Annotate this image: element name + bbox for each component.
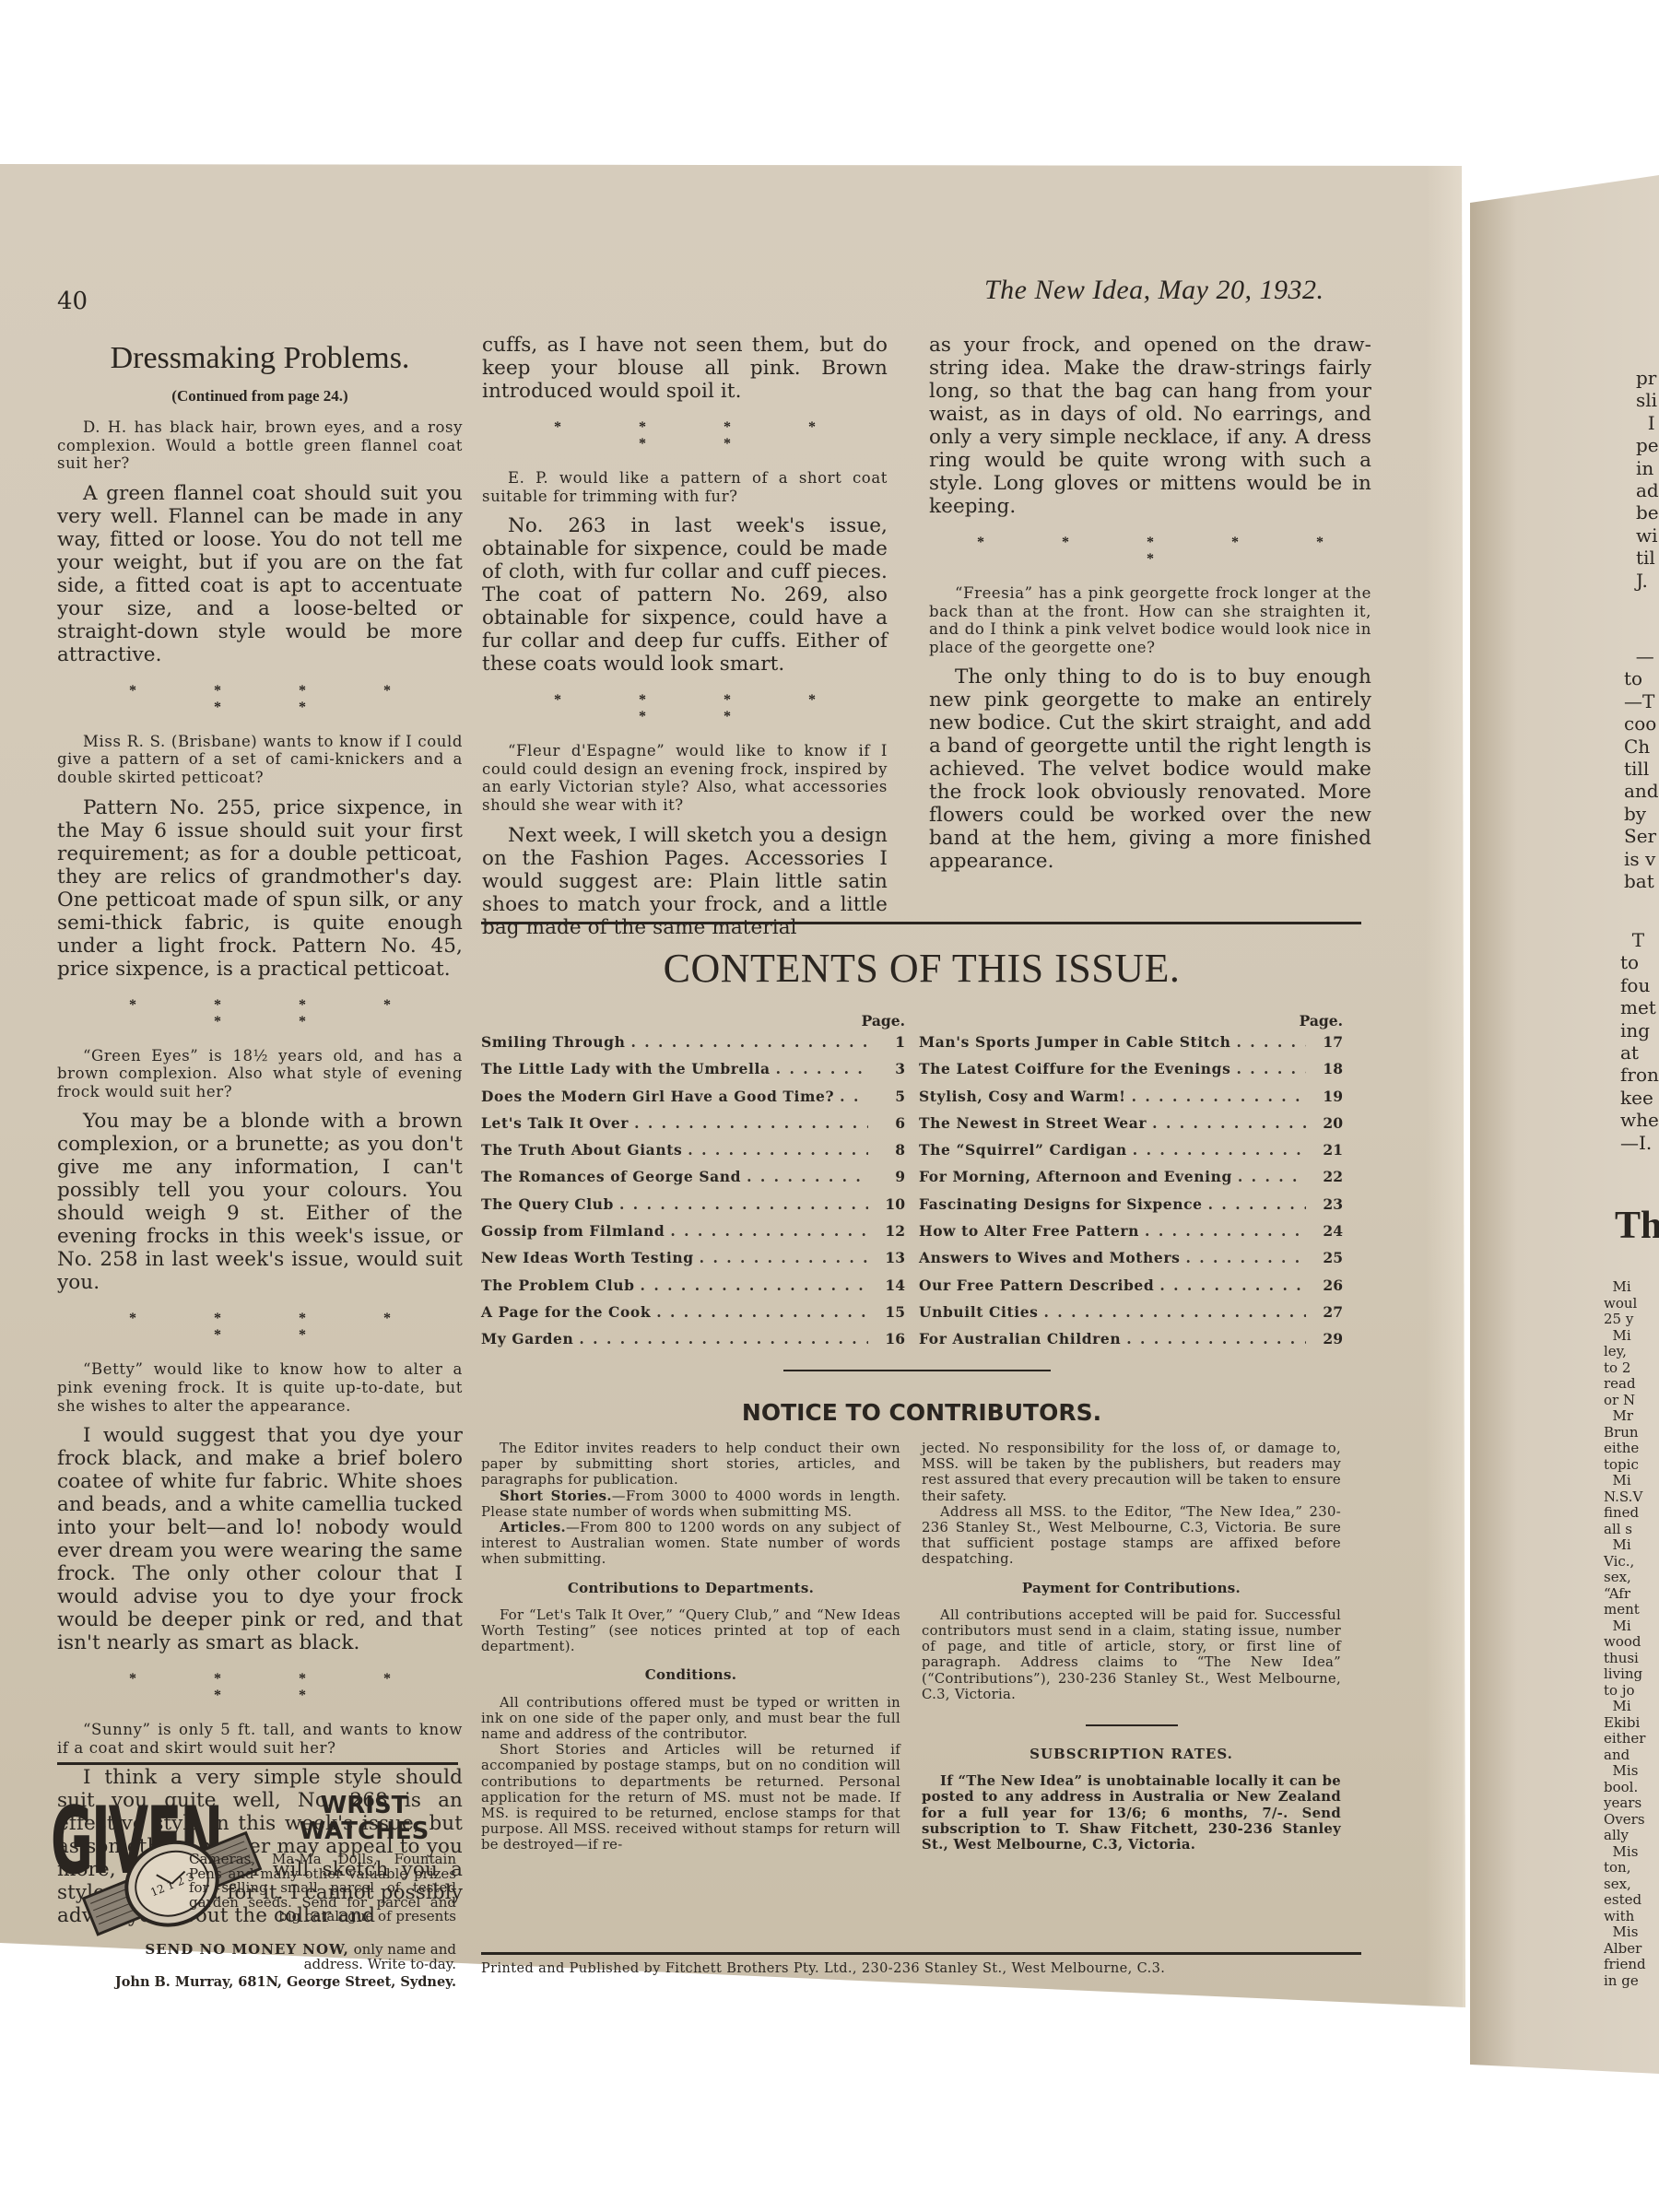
section-separator: * * * * * *: [57, 997, 463, 1030]
contents-entry-title: The “Squirrel” Cardigan: [919, 1141, 1127, 1159]
answer-paragraph: A green flannel coat should suit you ver…: [57, 482, 463, 666]
contents-entry: For Morning, Afternoon and Evening22: [919, 1168, 1343, 1194]
reader-question: Miss R. S. (Brisbane) wants to know if I…: [57, 733, 463, 787]
contents-entry: A Page for the Cook15: [481, 1303, 905, 1330]
reader-question: E. P. would like a pattern of a short co…: [482, 469, 888, 505]
contents-entry-title: Answers to Wives and Mothers: [919, 1249, 1180, 1266]
ad-title: WRIST WATCHES: [272, 1793, 456, 1844]
notice-intro: The Editor invites readers to help condu…: [481, 1441, 900, 1488]
leader-dots: [1236, 1033, 1306, 1051]
contents-entry-title: For Morning, Afternoon and Evening: [919, 1168, 1232, 1185]
right-page-fragment-mid: — to —T coo Ch till and by Ser is v bat: [1624, 645, 1659, 892]
leader-dots: [641, 1277, 868, 1294]
contents-entry-page: 13: [874, 1249, 905, 1266]
contents-entry-page: 1: [874, 1033, 905, 1051]
leader-dots: [670, 1222, 868, 1240]
contents-entry-page: 12: [874, 1222, 905, 1240]
reader-question: “Betty” would like to know how to alter …: [57, 1360, 463, 1415]
contents-entry: For Australian Children29: [919, 1330, 1343, 1357]
article-column-1: Dressmaking Problems. (Continued from pa…: [57, 341, 463, 1944]
departments-heading: Contributions to Departments.: [481, 1581, 900, 1596]
leader-dots: [1152, 1114, 1306, 1132]
contents-entry-page: 3: [874, 1060, 905, 1077]
ad-address: John B. Murray, 681N, George Street, Syd…: [51, 1974, 456, 1990]
answer-paragraph: I would suggest that you dye your frock …: [57, 1424, 463, 1654]
payment-heading: Payment for Contributions.: [922, 1581, 1341, 1596]
contents-entry-title: The Truth About Giants: [481, 1141, 682, 1159]
leader-dots: [1159, 1277, 1306, 1294]
contents-entry-page: 29: [1312, 1330, 1343, 1347]
contents-entry: The Problem Club14: [481, 1277, 905, 1303]
imprint: Printed and Published by Fitchett Brothe…: [481, 1961, 1366, 1976]
contents-entry: Does the Modern Girl Have a Good Time?5: [481, 1088, 905, 1114]
contents-entry-title: Unbuilt Cities: [919, 1303, 1039, 1321]
contents-entry: The Romances of George Sand9: [481, 1168, 905, 1194]
contents-entry-page: 25: [1312, 1249, 1343, 1266]
section-separator: * * * * * *: [929, 535, 1371, 568]
contents-entry-title: Fascinating Designs for Sixpence: [919, 1195, 1203, 1213]
leader-dots: [1208, 1195, 1306, 1213]
leader-dots: [619, 1195, 868, 1213]
ad-send-line: SEND NO MONEY NOW, only name and address…: [143, 1943, 456, 1971]
contents-entry: The Newest in Street Wear20: [919, 1114, 1343, 1141]
section-separator: * * * * * *: [57, 1671, 463, 1704]
contents-entry-title: Let's Talk It Over: [481, 1114, 629, 1132]
leader-dots: [1238, 1168, 1306, 1185]
right-page-fragment-top: pr sli I pe in ad be wi til J.: [1636, 367, 1659, 592]
column-2-body: cuffs, as I have not seen them, but do k…: [482, 334, 888, 939]
contents-entry: The Truth About Giants8: [481, 1141, 905, 1168]
contents-entry-page: 21: [1312, 1141, 1343, 1159]
contents-entry-title: The Newest in Street Wear: [919, 1114, 1147, 1132]
leader-dots: [656, 1303, 868, 1321]
contents-entry-title: The Query Club: [481, 1195, 614, 1213]
leader-dots: [747, 1168, 868, 1185]
notice-short-stories: Short Stories.—From 3000 to 4000 words i…: [481, 1488, 900, 1520]
contents-entry-title: The Little Lady with the Umbrella: [481, 1060, 771, 1077]
contents-entry-title: Smiling Through: [481, 1033, 625, 1051]
contents-entry: My Garden16: [481, 1330, 905, 1357]
contents-entry: Smiling Through1: [481, 1033, 905, 1060]
contents-entry-title: My Garden: [481, 1330, 573, 1347]
notice-subscription: If “The New Idea” is unobtainable locall…: [922, 1773, 1341, 1853]
reader-question: D. H. has black hair, brown eyes, and a …: [57, 418, 463, 473]
answer-paragraph: No. 263 in last week's issue, obtainable…: [482, 514, 888, 676]
contents-entry: Gossip from Filmland12: [481, 1222, 905, 1249]
section-separator: * * * * * *: [482, 692, 888, 725]
ad-divider: [57, 1762, 458, 1765]
notice-column-1: The Editor invites readers to help condu…: [481, 1441, 900, 1853]
column-3-body: as your frock, and opened on the draw-st…: [929, 334, 1371, 873]
page-number: 40: [57, 288, 88, 315]
contents-entry-page: 14: [874, 1277, 905, 1294]
contents-entry-title: Stylish, Cosy and Warm!: [919, 1088, 1126, 1105]
conditions-heading: Conditions.: [481, 1667, 900, 1683]
contents-entry-page: 8: [874, 1141, 905, 1159]
reader-question: “Sunny” is only 5 ft. tall, and wants to…: [57, 1721, 463, 1757]
contents-entry: Stylish, Cosy and Warm!19: [919, 1088, 1343, 1114]
answer-continued: cuffs, as I have not seen them, but do k…: [482, 334, 888, 403]
leader-dots: [1236, 1060, 1306, 1077]
contents-entry-title: Does the Modern Girl Have a Good Time?: [481, 1088, 834, 1105]
footer-rule: [481, 1952, 1361, 1955]
contents-entry-title: Man's Sports Jumper in Cable Stitch: [919, 1033, 1230, 1051]
subscription-heading: SUBSCRIPTION RATES.: [922, 1747, 1341, 1762]
leader-dots: [1145, 1222, 1306, 1240]
leader-dots: [1185, 1249, 1306, 1266]
contents-entry: Answers to Wives and Mothers25: [919, 1249, 1343, 1276]
contents-entry-title: The Latest Coiffure for the Evenings: [919, 1060, 1230, 1077]
answer-paragraph: You may be a blonde with a brown complex…: [57, 1110, 463, 1294]
leader-dots: [688, 1141, 868, 1159]
section-separator: * * * * * *: [57, 683, 463, 716]
contents-entry-title: The Problem Club: [481, 1277, 635, 1294]
article-column-3: as your frock, and opened on the draw-st…: [929, 334, 1371, 889]
contents-entry-page: 5: [874, 1088, 905, 1105]
section-separator: * * * * * *: [482, 419, 888, 453]
contents-list-left: Page. Smiling Through1The Little Lady wi…: [481, 1012, 905, 1358]
contents-entry: Fascinating Designs for Sixpence23: [919, 1195, 1343, 1222]
notice-conditions-1: All contributions offered must be typed …: [481, 1695, 900, 1743]
contents-entry-title: The Romances of George Sand: [481, 1168, 741, 1185]
contents-entry-page: 24: [1312, 1222, 1343, 1240]
contents-entry-page: 6: [874, 1114, 905, 1132]
reader-question: “Green Eyes” is 18½ years old, and has a…: [57, 1047, 463, 1101]
contents-bottom-rule: [783, 1370, 1051, 1371]
contents-entry-page: 19: [1312, 1088, 1343, 1105]
contents-entry-page: 22: [1312, 1168, 1343, 1185]
contents-title: CONTENTS OF THIS ISSUE.: [479, 945, 1364, 992]
contents-top-rule: [481, 922, 1361, 924]
contents-entry-page: 18: [1312, 1060, 1343, 1077]
article-column-2: cuffs, as I have not seen them, but do k…: [482, 334, 888, 956]
notice-address: Address all MSS. to the Editor, “The New…: [922, 1504, 1341, 1568]
leader-dots: [630, 1033, 868, 1051]
ad-body: Cameras, Ma-Ma Dolls, Fountain Pens and …: [189, 1853, 456, 1924]
leader-dots: [1044, 1303, 1307, 1321]
notice-conditions-3: jected. No responsibility for the loss o…: [922, 1441, 1341, 1504]
leader-dots: [700, 1249, 868, 1266]
notice-departments: For “Let's Talk It Over,” “Query Club,” …: [481, 1607, 900, 1655]
notice-conditions-2: Short Stories and Articles will be retur…: [481, 1742, 900, 1853]
notice-payment: All contributions accepted will be paid …: [922, 1607, 1341, 1702]
contents-entry: New Ideas Worth Testing13: [481, 1249, 905, 1276]
reader-question: “Freesia” has a pink georgette frock lon…: [929, 584, 1371, 656]
answer-continued: as your frock, and opened on the draw-st…: [929, 334, 1371, 518]
contents-entry-page: 26: [1312, 1277, 1343, 1294]
leader-dots: [1133, 1141, 1306, 1159]
running-head: The New Idea, May 20, 1932.: [984, 275, 1324, 306]
subscription-rule: [1086, 1724, 1178, 1726]
contents-entry-page: 9: [874, 1168, 905, 1185]
page-column-header: Page.: [481, 1012, 905, 1030]
article-title: Dressmaking Problems.: [57, 341, 463, 376]
contents-entry: Our Free Pattern Described26: [919, 1277, 1343, 1303]
notice-title: NOTICE TO CONTRIBUTORS.: [479, 1399, 1364, 1426]
contents-entry-title: Our Free Pattern Described: [919, 1277, 1154, 1294]
leader-dots: [776, 1060, 868, 1077]
contents-entry-title: How to Alter Free Pattern: [919, 1222, 1139, 1240]
leader-dots: [579, 1330, 868, 1347]
reader-question: “Fleur d'Espagne” would like to know if …: [482, 742, 888, 814]
leader-dots: [840, 1088, 868, 1105]
contents-entry: Man's Sports Jumper in Cable Stitch17: [919, 1033, 1343, 1060]
answer-paragraph: Pattern No. 255, price sixpence, in the …: [57, 796, 463, 981]
contents-entry-page: 17: [1312, 1033, 1343, 1051]
contents-entry-page: 20: [1312, 1114, 1343, 1132]
contents-entry: The Little Lady with the Umbrella3: [481, 1060, 905, 1087]
wrist-watch-advert: GIVEN 12 1 2 3 WRIST WATCHES Cameras, Ma…: [51, 1779, 456, 1991]
leader-dots: [634, 1114, 868, 1132]
leader-dots: [1132, 1088, 1306, 1105]
contents-entry-page: 15: [874, 1303, 905, 1321]
contents-entry: The Query Club10: [481, 1195, 905, 1222]
contents-entry-title: A Page for the Cook: [481, 1303, 651, 1321]
answer-paragraph: The only thing to do is to buy enough ne…: [929, 665, 1371, 873]
leader-dots: [1126, 1330, 1306, 1347]
continued-note: (Continued from page 24.): [57, 387, 463, 406]
contents-entry-title: Gossip from Filmland: [481, 1222, 665, 1240]
column-1-body: D. H. has black hair, brown eyes, and a …: [57, 418, 463, 1927]
contents-entry: Let's Talk It Over6: [481, 1114, 905, 1141]
contents-entry: The “Squirrel” Cardigan21: [919, 1141, 1343, 1168]
contents-entry-title: For Australian Children: [919, 1330, 1121, 1347]
contents-entry-page: 16: [874, 1330, 905, 1347]
contents-entry-page: 23: [1312, 1195, 1343, 1213]
contents-entry-page: 27: [1312, 1303, 1343, 1321]
contents-list-right: Page. Man's Sports Jumper in Cable Stitc…: [919, 1012, 1343, 1358]
contents-entry-title: New Ideas Worth Testing: [481, 1249, 694, 1266]
notice-column-2: jected. No responsibility for the loss o…: [922, 1441, 1341, 1853]
contents-entry-page: 10: [874, 1195, 905, 1213]
contents-entry: The Latest Coiffure for the Evenings18: [919, 1060, 1343, 1087]
right-page-heading-fragment: Th: [1615, 1215, 1659, 1237]
right-page-fragment-low: T to fou met ing at fron kee whe —I.: [1620, 929, 1659, 1154]
contents-entry: Unbuilt Cities27: [919, 1303, 1343, 1330]
page-column-header: Page.: [919, 1012, 1343, 1030]
right-page-fragment-bottom: Mi woul 25 y Mi ley, to 2 read or N Mr B…: [1604, 1279, 1646, 1989]
section-separator: * * * * * *: [57, 1311, 463, 1344]
notice-articles: Articles.—From 800 to 1200 words on any …: [481, 1520, 900, 1568]
contents-entry: How to Alter Free Pattern24: [919, 1222, 1343, 1249]
